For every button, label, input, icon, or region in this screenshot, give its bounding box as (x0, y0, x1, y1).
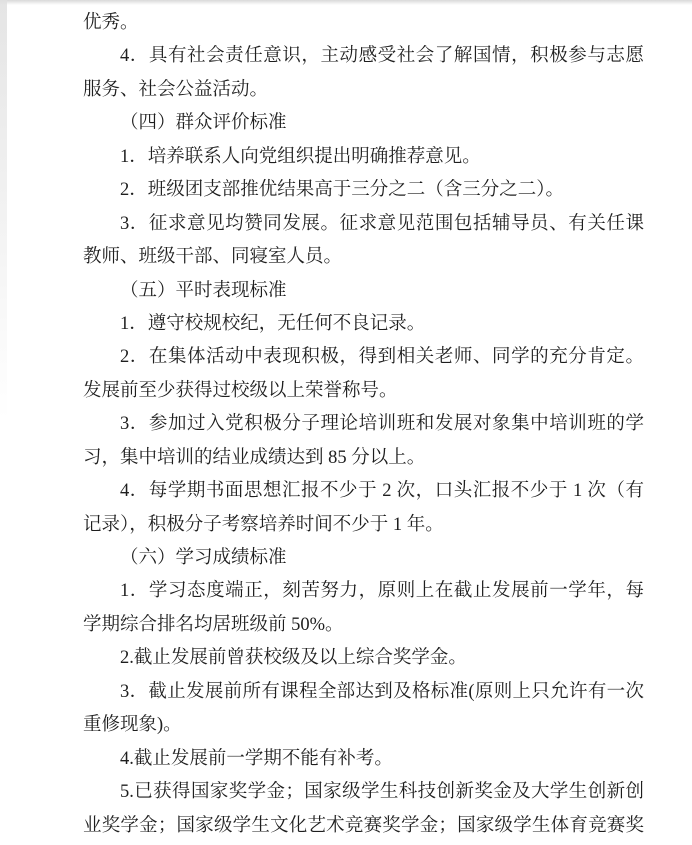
text-line: 优秀。 (83, 7, 644, 40)
text-line: 服务、社会公益活动。 (83, 74, 644, 107)
text-line: 教师、班级干部、同寝室人员。 (83, 241, 644, 274)
document-page: 优秀。 4．具有社会责任意识，主动感受社会了解国情，积极参与志愿 服务、社会公益… (0, 0, 692, 845)
text-line: 3．征求意见均赞同发展。征求意见范围包括辅导员、有关任课 (83, 208, 644, 241)
section-heading: （五）平时表现标准 (83, 275, 644, 308)
text-line: 学期综合排名均居班级前 50%。 (83, 609, 644, 642)
text-line: 4．具有社会责任意识，主动感受社会了解国情，积极参与志愿 (83, 40, 644, 73)
text-line: 习，集中培训的结业成绩达到 85 分以上。 (83, 442, 644, 475)
text-line: 1．培养联系人向党组织提出明确推荐意见。 (83, 141, 644, 174)
section-heading: （六）学习成绩标准 (83, 542, 644, 575)
text-line: 重修现象)。 (83, 709, 644, 742)
text-line: 记录），积极分子考察培养时间不少于 1 年。 (83, 509, 644, 542)
text-line: 1．学习态度端正，刻苦努力，原则上在截止发展前一学年，每 (83, 575, 644, 608)
text-line: 1．遵守校规校纪，无任何不良记录。 (83, 308, 644, 341)
text-line: 2．在集体活动中表现积极，得到相关老师、同学的充分肯定。 (83, 341, 644, 374)
section-heading: （四）群众评价标准 (83, 107, 644, 140)
text-line: 2.截止发展前曾获校级及以上综合奖学金。 (83, 642, 644, 675)
text-line: 4．每学期书面思想汇报不少于 2 次，口头汇报不少于 1 次（有 (83, 475, 644, 508)
text-line: 发展前至少获得过校级以上荣誉称号。 (83, 375, 644, 408)
document-body: 优秀。 4．具有社会责任意识，主动感受社会了解国情，积极参与志愿 服务、社会公益… (83, 7, 644, 843)
text-line: 3．截止发展前所有课程全部达到及格标准(原则上只允许有一次 (83, 676, 644, 709)
text-line: 2．班级团支部推优结果高于三分之二（含三分之二）。 (83, 174, 644, 207)
text-line: 4.截止发展前一学期不能有补考。 (83, 743, 644, 776)
scan-edge-left (0, 0, 7, 420)
text-line: 3．参加过入党积极分子理论培训班和发展对象集中培训班的学 (83, 408, 644, 441)
scan-edge-top (0, 0, 692, 5)
text-line: 业奖学金；国家级学生文化艺术竞赛奖学金；国家级学生体育竞赛奖 (83, 810, 644, 843)
text-line: 5.已获得国家奖学金；国家级学生科技创新奖金及大学生创新创 (83, 776, 644, 809)
